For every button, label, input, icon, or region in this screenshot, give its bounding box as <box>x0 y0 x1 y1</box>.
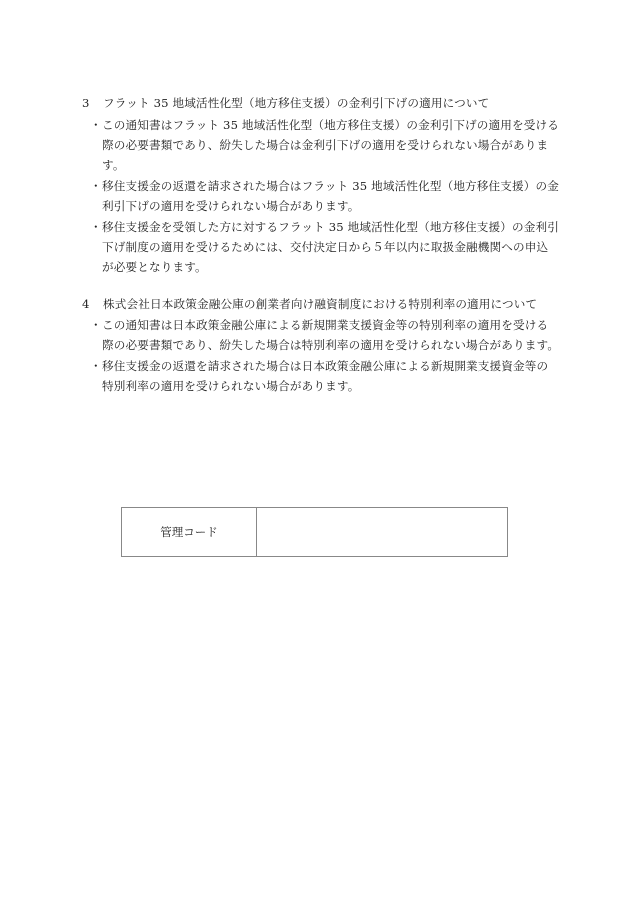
section-heading: 株式会社日本政策金融公庫の創業者向け融資制度における特別利率の適用について <box>103 297 537 311</box>
bullet-text: 移住支援金の返還を請求された場合は日本政策金融公庫による新規開業支援資金等の <box>102 359 548 373</box>
management-code-label: 管理コード <box>122 508 257 557</box>
bullet-text: 利引下げの適用を受けられない場合があります。 <box>102 199 359 213</box>
bullet-text: 際の必要書類であり、紛失した場合は金利引下げの適用を受けられない場合がありま <box>102 138 548 152</box>
bullet-marker: ・ <box>90 318 102 332</box>
management-code-value <box>257 508 508 557</box>
management-code-table: 管理コード <box>121 507 508 557</box>
bullet-text: この通知書はフラット 35 地域活性化型（地方移住支援）の金利引下げの適用を受け… <box>102 118 559 132</box>
section-number: 3 <box>82 96 89 110</box>
bullet-text: 下げ制度の適用を受けるためには、交付決定日から５年以内に取扱金融機関への申込 <box>102 240 548 254</box>
bullet-text: 際の必要書類であり、紛失した場合は特別利率の適用を受けられない場合があります。 <box>102 338 559 352</box>
bullet-marker: ・ <box>90 118 102 132</box>
bullet-marker: ・ <box>90 179 102 193</box>
bullet-text: 移住支援金を受領した方に対するフラット 35 地域活性化型（地方移住支援）の金利… <box>102 220 559 234</box>
bullet-text: す。 <box>102 158 125 172</box>
section-number: 4 <box>82 297 89 311</box>
bullet-marker: ・ <box>90 359 102 373</box>
bullet-text: この通知書は日本政策金融公庫による新規開業支援資金等の特別利率の適用を受ける <box>102 318 548 332</box>
bullet-text: 移住支援金の返還を請求された場合はフラット 35 地域活性化型（地方移住支援）の… <box>102 179 559 193</box>
bullet-text: 特別利率の適用を受けられない場合があります。 <box>102 379 359 393</box>
bullet-marker: ・ <box>90 220 102 234</box>
section-heading: フラット 35 地域活性化型（地方移住支援）の金利引下げの適用について <box>103 96 489 110</box>
bullet-text: が必要となります。 <box>102 260 207 274</box>
